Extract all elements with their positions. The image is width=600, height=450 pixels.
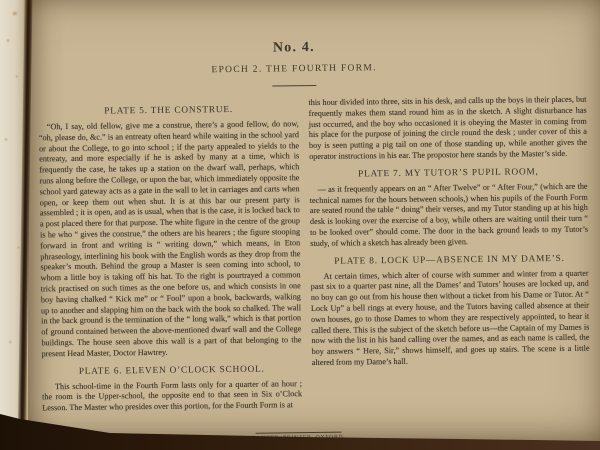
- plate-6-heading: PLATE 6. ELEVEN O’CLOCK SCHOOL.: [42, 364, 302, 377]
- epoch-heading: EPOCH 2. THE FOURTH FORM.: [26, 61, 562, 79]
- plate-5-body: “Oh, I say, old fellow, give me a constr…: [39, 119, 302, 360]
- book-page: No. 4. EPOCH 2. THE FOURTH FORM. PLATE 5…: [28, 0, 600, 450]
- plate-8-body: At certain times, which alter of course …: [311, 268, 590, 369]
- page-content: No. 4. EPOCH 2. THE FOURTH FORM. PLATE 5…: [25, 0, 600, 450]
- printer-imprint: BAXTER, PRINTER, OXFORD.: [31, 429, 567, 445]
- imprint-text: BAXTER, PRINTER, OXFORD.: [31, 432, 567, 445]
- issue-number: No. 4.: [26, 37, 562, 60]
- plate-7-heading: PLATE 7. MY TUTOR’S PUPIL ROOM,: [309, 166, 587, 179]
- text-columns: PLATE 5. THE CONSTRUE. “Oh, I say, old f…: [26, 83, 600, 415]
- right-column: this hour divided into three, sits in hi…: [308, 95, 590, 411]
- page-header: No. 4. EPOCH 2. THE FOURTH FORM.: [25, 0, 598, 90]
- plate-5-heading: PLATE 5. THE CONSTRUE.: [39, 104, 299, 117]
- plate-7-body: — as it frequently appears on an “ After…: [310, 181, 589, 249]
- plate-8-heading: PLATE 8. LOCK UP—ABSENCE IN MY DAME’S.: [310, 253, 588, 266]
- imprint-rule: [256, 432, 342, 434]
- plate-6-body: This school-time in the Fourth Form last…: [42, 379, 302, 415]
- left-column: PLATE 5. THE CONSTRUE. “Oh, I say, old f…: [38, 98, 302, 414]
- plate-6-continuation: this hour divided into three, sits in hi…: [308, 95, 587, 163]
- book-photo: No. 4. EPOCH 2. THE FOURTH FORM. PLATE 5…: [0, 0, 600, 450]
